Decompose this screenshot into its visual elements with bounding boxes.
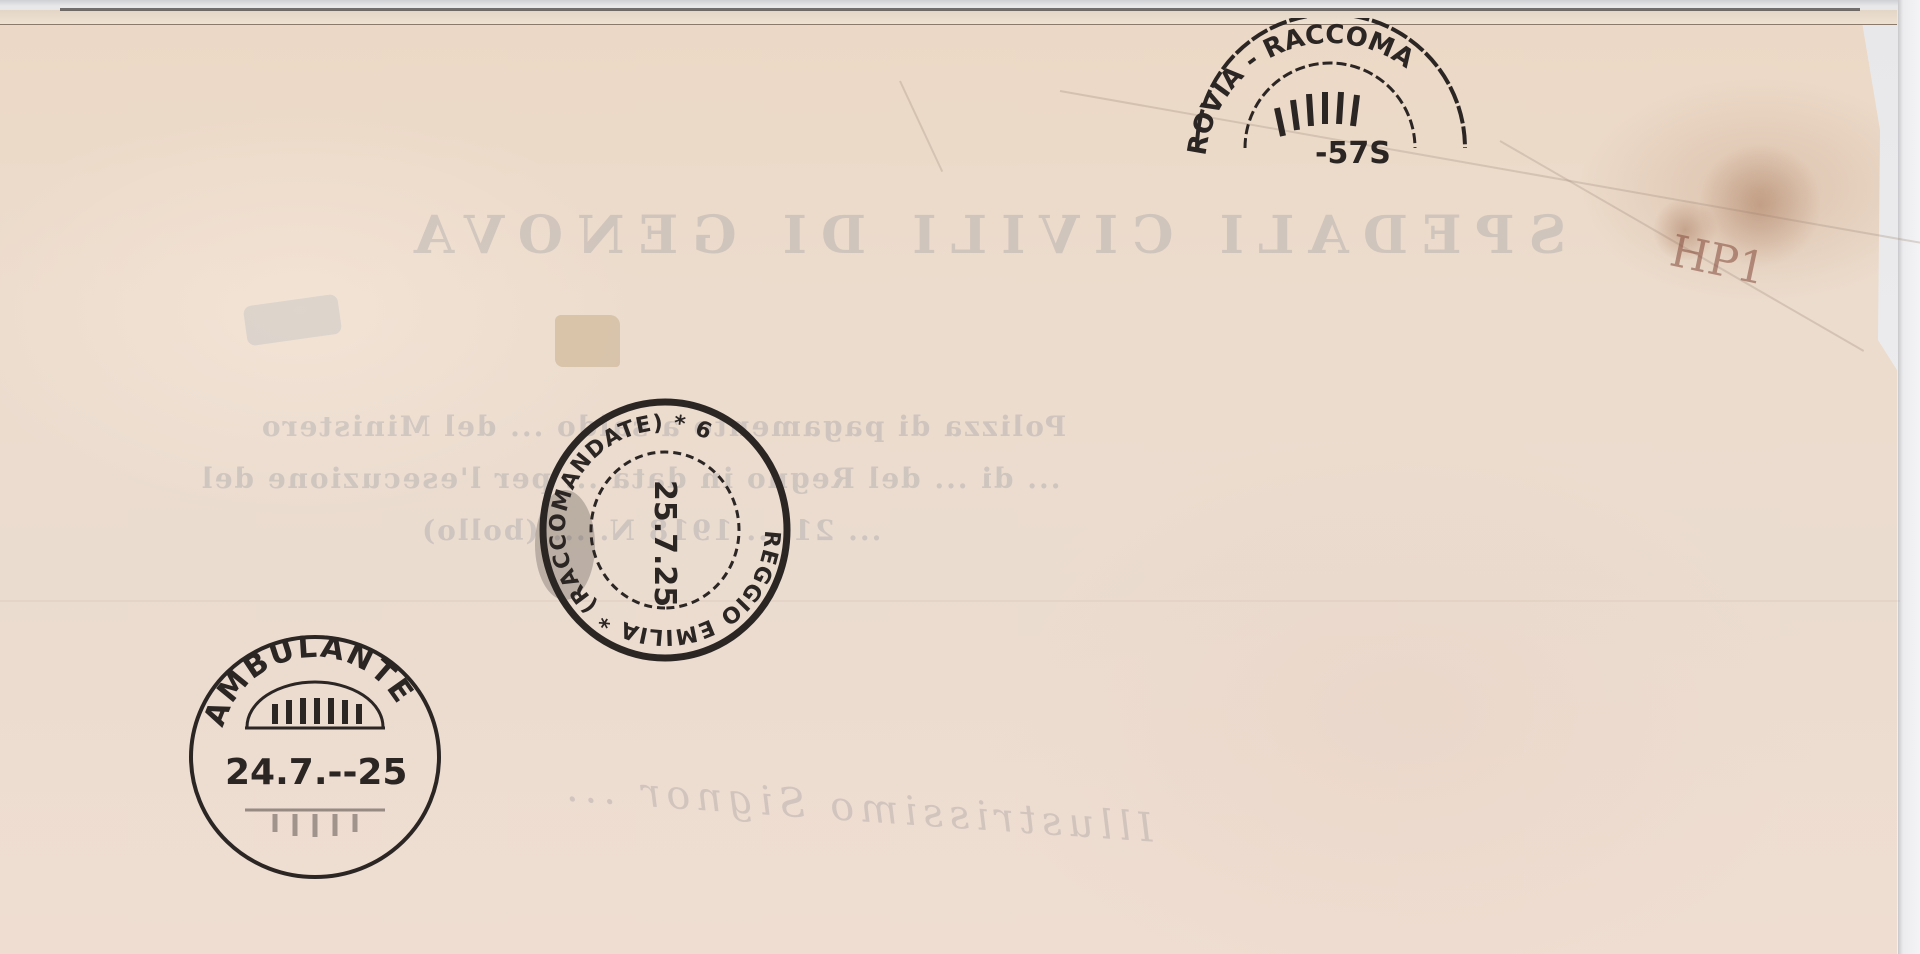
postmark-center: REGGIO EMILIA * (RACCOMANDATE) * 6 25.7.… [525,395,805,665]
svg-text:24.7.--25: 24.7.--25 [225,752,407,793]
envelope-top-flap [0,10,1897,25]
scanner-right-margin [1898,0,1920,954]
tape-residue [555,315,620,367]
paper-crease [0,600,1900,602]
svg-text:25.7.25: 25.7.25 [647,480,682,607]
postmark-bottom-left: AMBULANTE 24.7.--25 [185,632,445,882]
envelope-top-edge [60,8,1860,11]
postmark-top-right: ROVIA - RACCOMA -57S [1185,18,1475,218]
svg-text:-57S: -57S [1315,136,1391,171]
